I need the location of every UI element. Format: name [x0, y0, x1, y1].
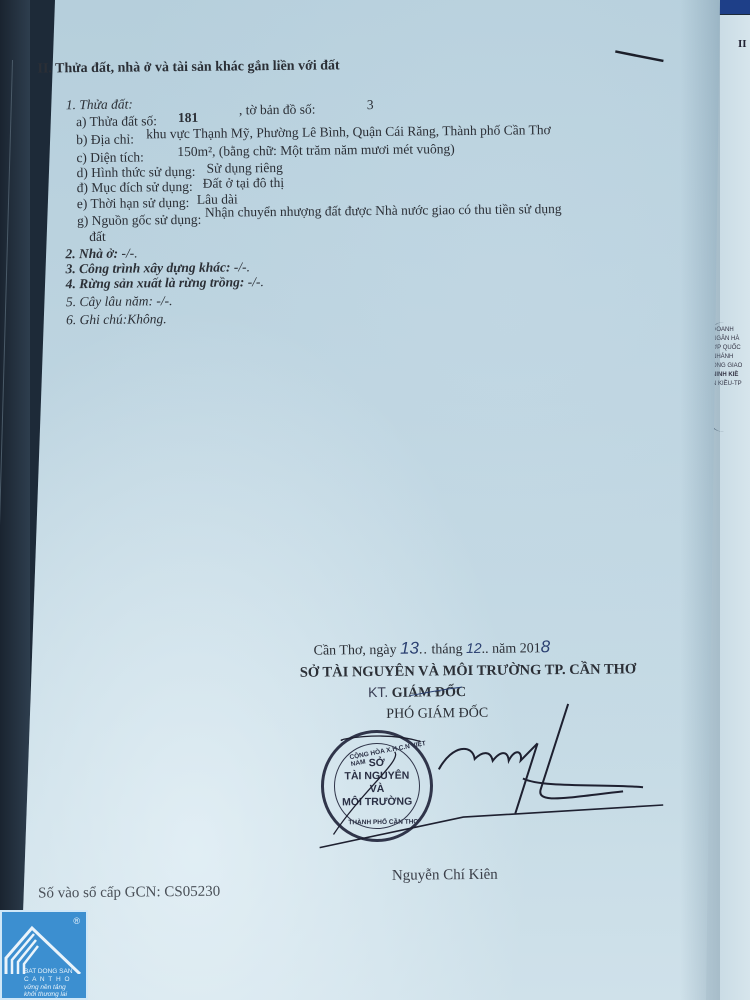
document-content: II. Thửa đất, nhà ở và tài sản khác gắn …: [0, 0, 750, 1000]
logo-line: vững nền tảng: [24, 984, 88, 991]
registry-label: Số vào sổ cấp GCN:: [38, 884, 161, 901]
logo-line: BAT DONG SAN: [24, 968, 88, 975]
signature-strokes: [0, 0, 750, 1000]
logo-line: C A N T H O: [24, 976, 88, 983]
registered-mark: ®: [73, 916, 80, 926]
registry-entry: Số vào sổ cấp GCN: CS05230: [38, 884, 220, 903]
bat-dong-san-can-tho-logo: ® BAT DONG SAN C A N T H O vững nền tảng…: [0, 910, 88, 1000]
signer-name: Nguyễn Chí Kiên: [392, 867, 498, 885]
logo-line: khởi thương lai: [24, 991, 88, 998]
house-roof-icon: [2, 918, 86, 974]
registry-number: CS05230: [164, 884, 220, 901]
